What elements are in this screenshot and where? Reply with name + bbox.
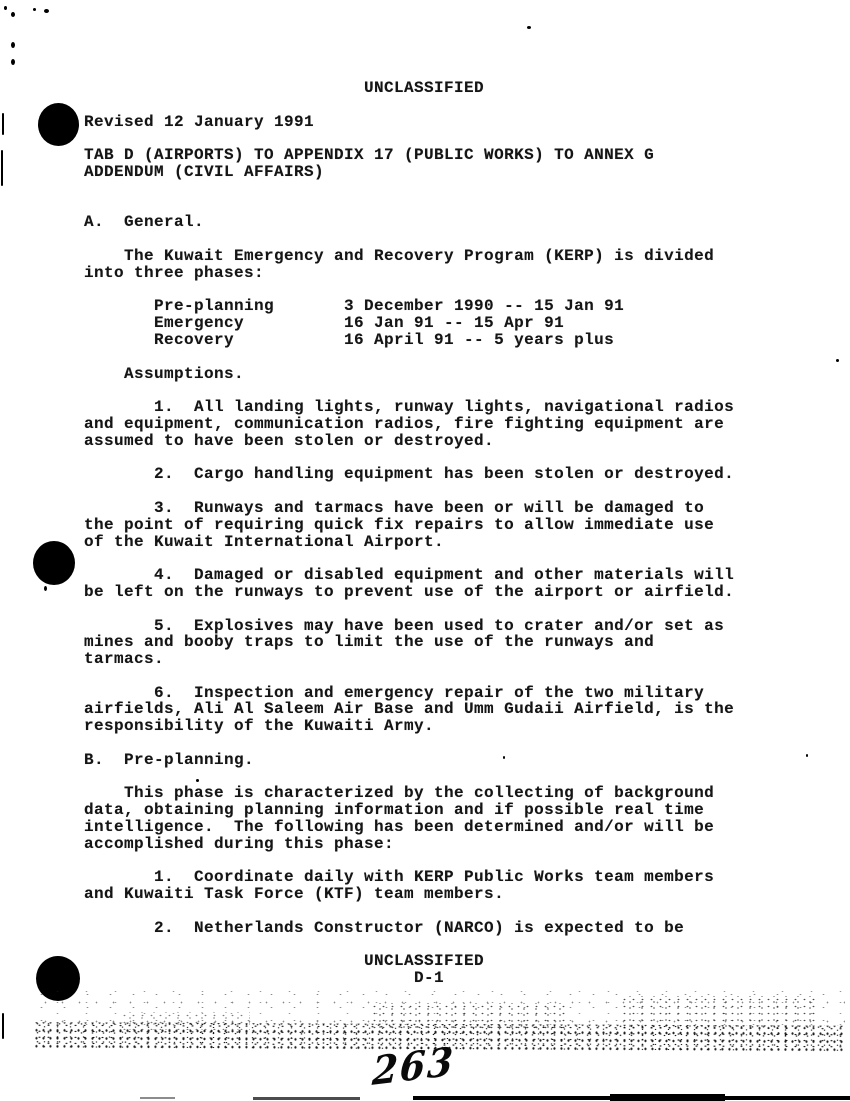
- text-line: tarmacs.: [84, 651, 734, 668]
- text-line: TAB D (AIRPORTS) TO APPENDIX 17 (PUBLIC …: [84, 147, 734, 164]
- text-line: [84, 450, 734, 467]
- text-line: [84, 550, 734, 567]
- text-line: be left on the runways to prevent use of…: [84, 584, 734, 601]
- text-line: Pre-planning 3 December 1990 -- 15 Jan 9…: [84, 298, 734, 315]
- text-line: [84, 769, 734, 786]
- scanned-document-page: UNCLASSIFIEDRevised 12 January 1991TAB D…: [0, 0, 850, 1101]
- text-line: A. General.: [84, 214, 734, 231]
- text-line: data, obtaining planning information and…: [84, 802, 734, 819]
- scan-noise-clump: [620, 996, 820, 1028]
- ink-speck: [11, 59, 15, 65]
- text-line: and Kuwaiti Task Force (KTF) team member…: [84, 886, 734, 903]
- text-line: 6. Inspection and emergency repair of th…: [84, 685, 734, 702]
- text-line: intelligence. The following has been det…: [84, 819, 734, 836]
- text-line: of the Kuwait International Airport.: [84, 534, 734, 551]
- text-line: responsibility of the Kuwaiti Army.: [84, 718, 734, 735]
- text-line: [84, 282, 734, 299]
- text-line: accomplished during this phase:: [84, 836, 734, 853]
- text-line: 1. Coordinate daily with KERP Public Wor…: [84, 869, 734, 886]
- text-line: [84, 668, 734, 685]
- text-line: 5. Explosives may have been used to crat…: [84, 618, 734, 635]
- text-line: [84, 97, 734, 114]
- text-line: [84, 483, 734, 500]
- text-line: [84, 198, 734, 215]
- text-line: [84, 937, 734, 954]
- scan-edge-mark: [1, 150, 3, 186]
- scan-edge-mark: [2, 1013, 4, 1039]
- ink-speck: [44, 586, 47, 591]
- text-line: D-1: [84, 970, 734, 987]
- text-line: assumed to have been stolen or destroyed…: [84, 433, 734, 450]
- scan-edge-mark: [2, 113, 4, 135]
- text-line: Revised 12 January 1991: [84, 114, 734, 131]
- text-line: the point of requiring quick fix repairs…: [84, 517, 734, 534]
- text-line: [84, 735, 734, 752]
- text-line: and equipment, communication radios, fir…: [84, 416, 734, 433]
- ink-speck: [836, 359, 839, 362]
- text-line: [84, 601, 734, 618]
- text-line: [84, 853, 734, 870]
- text-line: into three phases:: [84, 265, 734, 282]
- text-line: This phase is characterized by the colle…: [84, 785, 734, 802]
- ink-speck: [527, 26, 531, 29]
- text-line: The Kuwait Emergency and Recovery Progra…: [84, 248, 734, 265]
- typewritten-text-block: UNCLASSIFIEDRevised 12 January 1991TAB D…: [84, 80, 734, 987]
- text-line: [84, 181, 734, 198]
- punch-hole-top: [38, 103, 79, 146]
- text-line: Recovery 16 April 91 -- 5 years plus: [84, 332, 734, 349]
- text-line: [84, 130, 734, 147]
- text-line: mines and booby traps to limit the use o…: [84, 634, 734, 651]
- punch-hole-middle: [33, 541, 75, 585]
- scan-bottom-edge: [253, 1097, 360, 1100]
- text-line: UNCLASSIFIED: [84, 80, 734, 97]
- scan-bottom-edge: [140, 1097, 175, 1099]
- text-line: Emergency 16 Jan 91 -- 15 Apr 91: [84, 315, 734, 332]
- text-line: 1. All landing lights, runway lights, na…: [84, 399, 734, 416]
- text-line: 3. Runways and tarmacs have been or will…: [84, 500, 734, 517]
- text-line: 2. Netherlands Constructor (NARCO) is ex…: [84, 920, 734, 937]
- text-line: 2. Cargo handling equipment has been sto…: [84, 466, 734, 483]
- ink-speck: [196, 779, 199, 782]
- text-line: [84, 903, 734, 920]
- ink-speck: [33, 8, 36, 11]
- text-line: Assumptions.: [84, 366, 734, 383]
- scan-bottom-edge: [610, 1094, 725, 1101]
- text-line: airfields, Ali Al Saleem Air Base and Um…: [84, 701, 734, 718]
- text-line: 4. Damaged or disabled equipment and oth…: [84, 567, 734, 584]
- text-line: UNCLASSIFIED: [84, 953, 734, 970]
- ink-speck: [44, 9, 49, 13]
- text-line: ADDENDUM (CIVIL AFFAIRS): [84, 164, 734, 181]
- text-line: B. Pre-planning.: [84, 752, 734, 769]
- scan-noise-band: [35, 1022, 845, 1052]
- ink-speck: [11, 42, 15, 48]
- ink-speck: [806, 754, 808, 757]
- ink-speck: [11, 12, 15, 17]
- text-line: [84, 231, 734, 248]
- ink-speck: [503, 756, 505, 759]
- ink-speck: [4, 6, 7, 10]
- text-line: [84, 349, 734, 366]
- text-line: [84, 382, 734, 399]
